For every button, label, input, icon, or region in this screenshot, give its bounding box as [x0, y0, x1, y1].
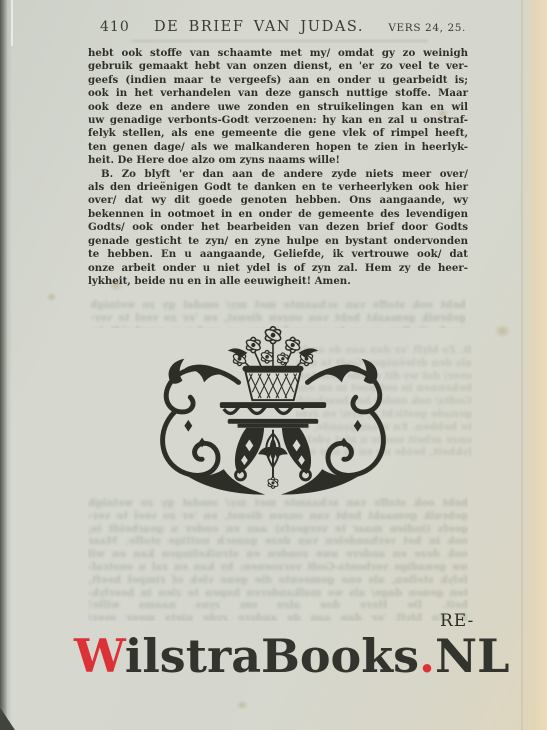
text-line: als den drieënigen Godt te danken en te …	[88, 181, 468, 194]
foxing-spot	[46, 292, 57, 302]
text-line: Godts/ ook onder het bearbeiden van deze…	[88, 221, 468, 234]
text-line: bekennen in ootmoet in en onder de gemee…	[88, 208, 468, 221]
body-text: hebt ook stoffe van schaamte met my/ omd…	[88, 47, 468, 288]
text-line: onze arbeit onder u niet ydel is of zyn …	[88, 262, 468, 275]
text-line: over/ dat wy dit goede genoten hebben. O…	[88, 194, 468, 207]
paragraph: hebt ook stoffe van schaamte met my/ omd…	[88, 47, 468, 168]
tailpiece-ornament	[145, 321, 401, 503]
catchword: RE-	[440, 611, 474, 631]
watermark-mid: ilstraBooks	[125, 629, 419, 683]
text-line: felyk stellen, als ene gemeente die gene…	[88, 127, 468, 140]
page-number: 410	[100, 19, 130, 35]
text-line: lykheit, beide nu en in alle eeuwigheit!…	[88, 275, 468, 288]
verse-reference: VERS 24, 25.	[388, 22, 466, 34]
show-through-text: hebt ook stoffe van schaamte met my/ omd…	[88, 497, 468, 621]
foxing-spot	[494, 324, 511, 338]
page-edge-highlight	[11, 0, 13, 46]
watermark-w: W	[74, 629, 125, 683]
text-line: hebt ook stoffe van schaamte met my/ omd…	[88, 47, 468, 60]
text-line: ook deze en andere uwe zonden en struike…	[88, 101, 468, 114]
page-right-crease	[521, 0, 523, 730]
paragraph: B. Zo blyft 'er dan aan de andere zyde n…	[88, 168, 468, 289]
chapter-title: DE BRIEF VAN JUDAS.	[154, 19, 364, 35]
watermark-dot: .	[419, 629, 435, 683]
watermark-nl: NL	[435, 629, 509, 683]
text-line: ook in het verhandelen van deze gansch n…	[88, 87, 468, 100]
page-left-edge	[0, 0, 7, 730]
page-left-edge-shadow	[7, 0, 12, 730]
text-line: te hebben. En u aangaande, Geliefde, ik …	[88, 248, 468, 261]
floral-basket-woodcut-icon	[145, 321, 401, 499]
text-line: geefs (indien maar te vergeefs) aan en o…	[88, 74, 468, 87]
text-line: ten genen dage/ als we malkanderen hopen…	[88, 141, 468, 154]
watermark: WilstraBooks.NL	[74, 629, 509, 683]
text-line: uw genadige verbonts-Godt verzoenen: hy …	[88, 114, 468, 127]
text-line: gebruik gemaakt hebt van onzen dienst, e…	[88, 60, 468, 73]
book-page-photo: 410 DE BRIEF VAN JUDAS. VERS 24, 25. heb…	[0, 0, 547, 730]
foxing-spot	[236, 700, 248, 710]
text-line: heit. De Here doe alzo om zyns naams wil…	[88, 154, 468, 167]
text-line: B. Zo blyft 'er dan aan de andere zyde n…	[88, 168, 468, 181]
page-right-curl	[521, 0, 547, 730]
show-through-rule	[132, 40, 428, 42]
running-head: 410 DE BRIEF VAN JUDAS. VERS 24, 25.	[100, 19, 466, 35]
text-line: genade gesticht te zyn/ en zyne hulpe en…	[88, 235, 468, 248]
